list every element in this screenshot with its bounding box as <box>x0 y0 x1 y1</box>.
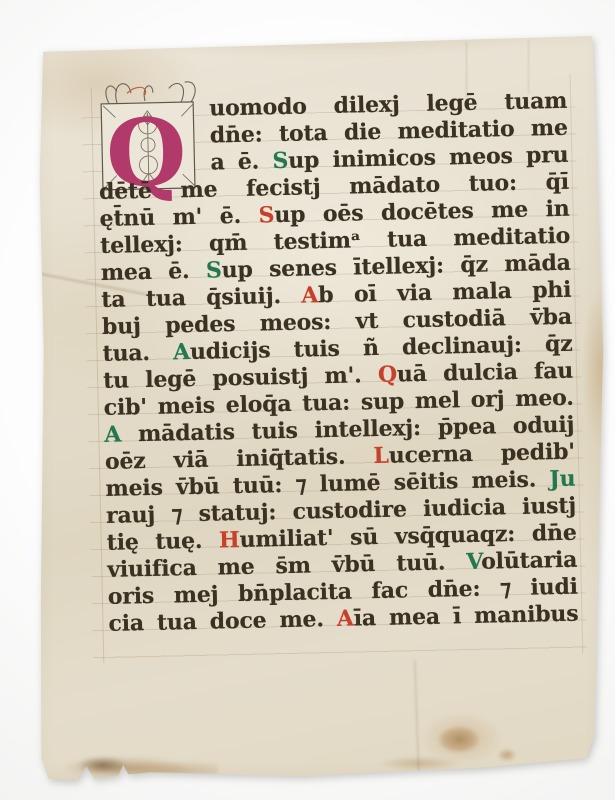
text-segment: uā dulcia fau <box>397 358 574 388</box>
versal-letter: A <box>173 339 190 365</box>
text-segment: a ē. <box>210 148 273 175</box>
text-segment: tię tuę. <box>106 527 219 555</box>
stain-bottom-mid <box>364 748 474 770</box>
versal-letter: A <box>337 606 354 632</box>
versal-letter: S <box>272 148 288 174</box>
versal-letter: S <box>206 257 222 283</box>
stain-bottom-left <box>48 744 218 778</box>
text-segment: olūtaria <box>481 547 578 575</box>
text-block: uomodo dilexj legē tuamdn̄e: tota die me… <box>97 88 579 638</box>
versal-letter: H <box>219 527 240 553</box>
text-segment: mea ē. <box>101 258 207 286</box>
text-segment: cia tua doce me. <box>108 606 337 637</box>
versal-letter: Ju <box>549 466 576 493</box>
versal-letter: V <box>466 549 481 575</box>
versal-letter: S <box>258 202 274 228</box>
parchment: Q uomodo dilexj legē tuamdn̄e: tota die … <box>34 30 606 782</box>
crease-line <box>528 40 529 94</box>
text-area: Q uomodo dilexj legē tuamdn̄e: tota die … <box>97 88 579 638</box>
crease-line <box>414 660 421 790</box>
versal-letter: L <box>373 443 389 469</box>
text-segment: ta tua q̄siuij. <box>101 283 302 313</box>
text-segment: b oī via mala phi <box>318 277 572 309</box>
manuscript-leaf: Q uomodo dilexj legē tuamdn̄e: tota die … <box>34 30 606 782</box>
stain-bottom-right <box>399 698 524 778</box>
text-segment: ęt̄nū m' ē. <box>99 203 259 232</box>
stain-dot <box>497 748 517 762</box>
text-segment: tua. <box>102 339 173 367</box>
versal-letter: A <box>301 282 318 308</box>
text-segment: ucerna pedib' <box>388 439 575 469</box>
text-segment: īa mea ī manibus <box>353 601 578 632</box>
versal-letter: Q <box>378 362 398 388</box>
versal-letter: A <box>104 422 121 448</box>
